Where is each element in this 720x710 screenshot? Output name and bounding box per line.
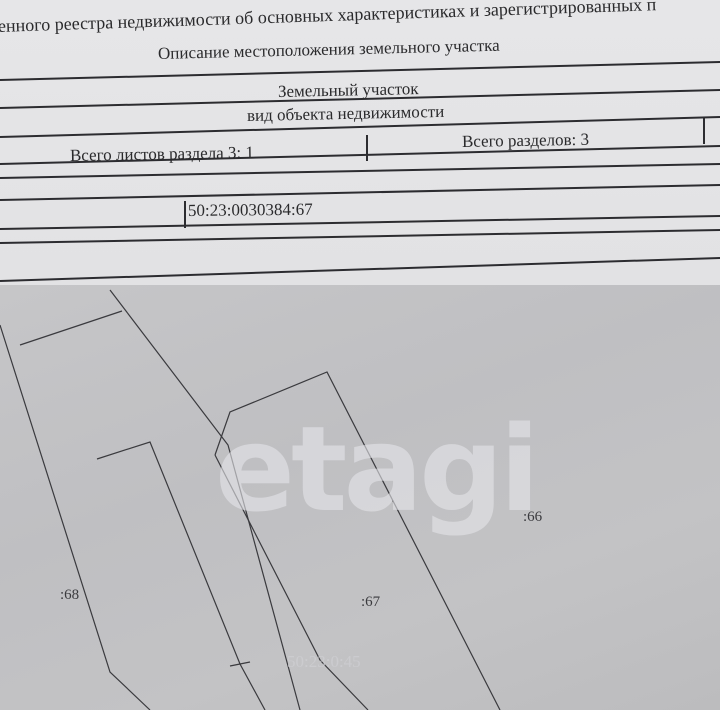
object-kind-label: вид объекта недвижимости (247, 102, 445, 126)
parcel-label-68: :68 (60, 587, 79, 604)
document-page: etagi енного реестра недвижимости об осн… (0, 0, 720, 710)
etagi-watermark: etagi (215, 410, 536, 528)
object-kind-value: Земельный участок (278, 79, 419, 102)
sheets-of-section: Всего листов раздела 3: 1 (70, 143, 254, 166)
total-sections: Всего разделов: 3 (462, 130, 589, 152)
parcel-label-67: :67 (361, 594, 380, 611)
cadastral-number: 50:23:0030384:67 (188, 200, 313, 221)
faded-quarter-label: 50:23:0:45 (287, 652, 361, 672)
parcel-label-66: :66 (523, 509, 542, 526)
